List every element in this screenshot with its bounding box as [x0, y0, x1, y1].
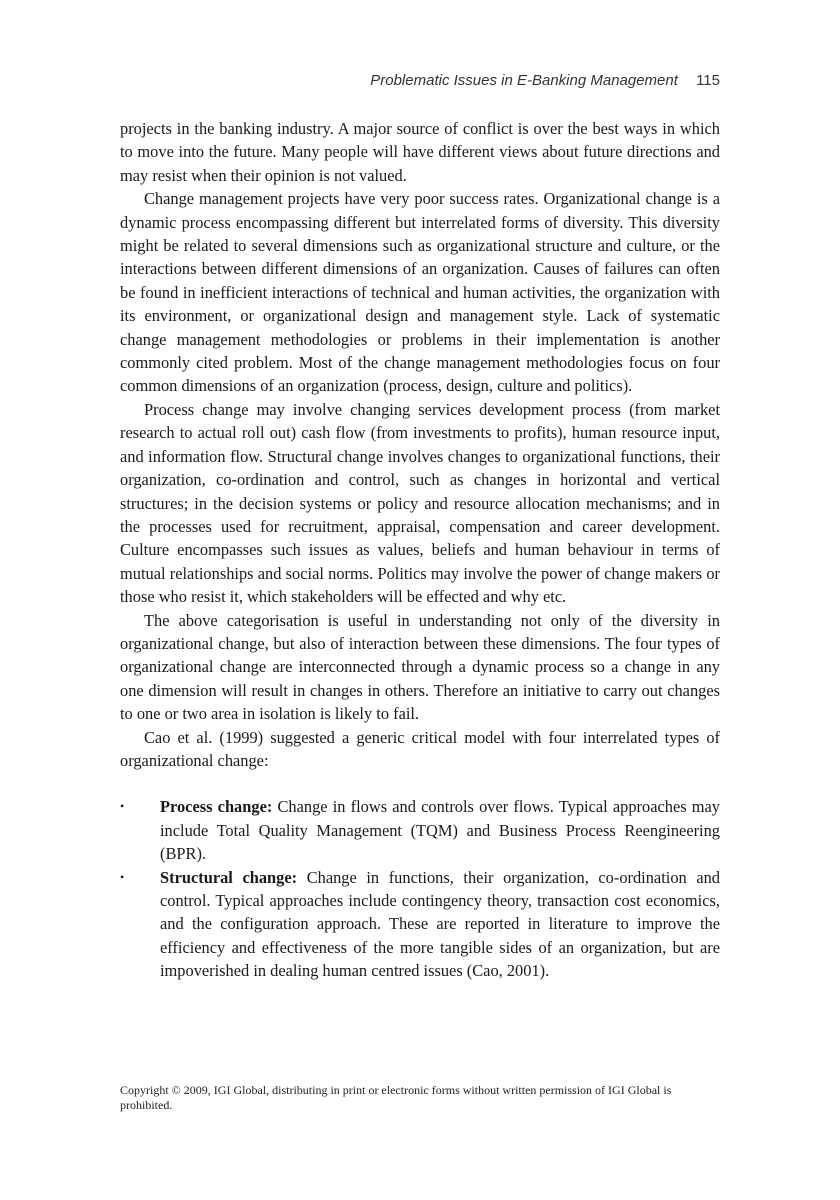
- change-types-list: • Process change: Change in flows and co…: [120, 795, 720, 982]
- paragraph-process-change: Process change may involve changing serv…: [120, 398, 720, 609]
- bullet-icon: •: [120, 866, 132, 889]
- paragraph-cao-model: Cao et al. (1999) suggested a generic cr…: [120, 726, 720, 773]
- list-item-term: Process change:: [160, 797, 272, 816]
- page-number: 115: [696, 72, 720, 89]
- list-item-term: Structural change:: [160, 868, 297, 887]
- running-header: Problematic Issues in E-Banking Manageme…: [370, 72, 720, 89]
- body-text: projects in the banking industry. A majo…: [120, 117, 720, 983]
- list-item-process-change: • Process change: Change in flows and co…: [120, 795, 720, 865]
- running-title: Problematic Issues in E-Banking Manageme…: [370, 72, 678, 89]
- copyright-notice: Copyright © 2009, IGI Global, distributi…: [120, 1083, 720, 1113]
- bullet-icon: •: [120, 795, 132, 818]
- paragraph-continued: projects in the banking industry. A majo…: [120, 117, 720, 187]
- paragraph-change-management: Change management projects have very poo…: [120, 187, 720, 398]
- paragraph-categorisation: The above categorisation is useful in un…: [120, 609, 720, 726]
- list-item-structural-change: • Structural change: Change in functions…: [120, 866, 720, 983]
